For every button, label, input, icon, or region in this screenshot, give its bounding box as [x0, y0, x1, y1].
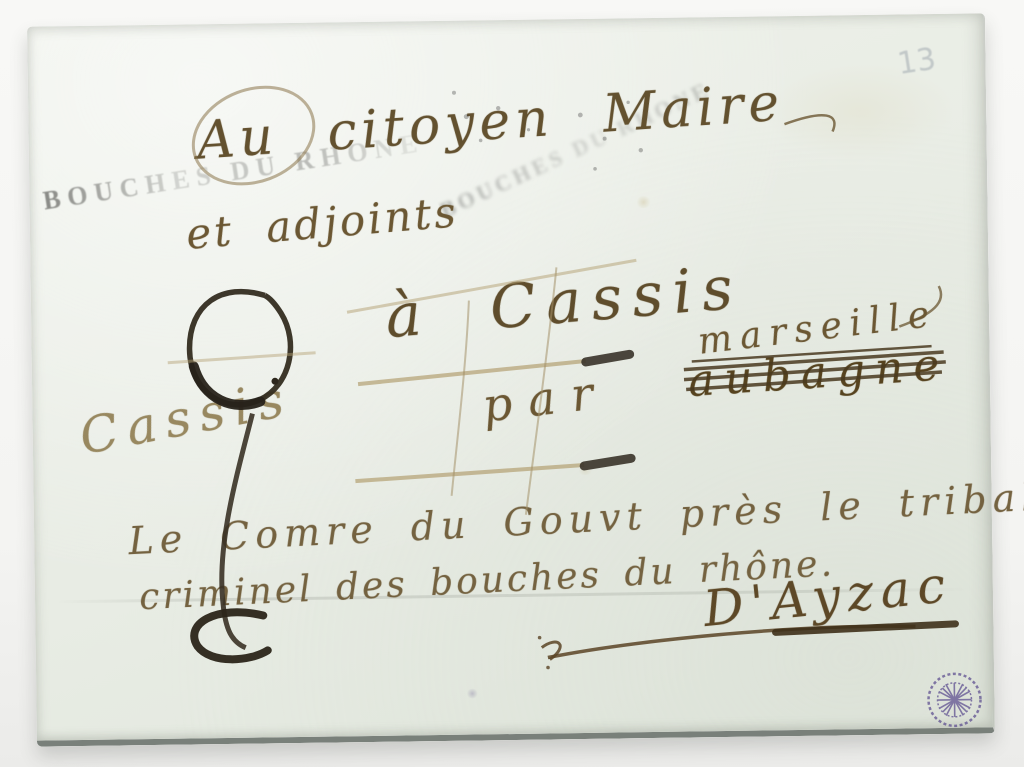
marseille-flourish	[899, 286, 942, 327]
ink-strokes-overlay	[27, 13, 993, 740]
check-stroke-lower	[355, 465, 584, 481]
ink-dot	[538, 636, 542, 640]
signature-underline-thick	[775, 624, 955, 633]
stamp-speckles	[452, 88, 643, 172]
diagonal-over-destination	[346, 260, 637, 312]
thin-diagonal-2	[522, 267, 559, 514]
check-stroke-lower-end	[584, 458, 631, 466]
check-stroke-upper	[358, 361, 586, 384]
rate-numeral-head-thick	[194, 366, 261, 406]
collector-wheel-mark	[928, 673, 981, 726]
maire-flourish	[784, 115, 834, 132]
capital-flourish-loop	[179, 71, 328, 201]
check-stroke-upper-end	[586, 354, 630, 362]
aubagne-strikethrough	[684, 346, 947, 390]
ink-dot	[546, 666, 550, 670]
thin-diagonal-1	[449, 301, 472, 496]
letter-paper: BOUCHES DU RHONE BOUCHES DU RHONE 13 Au …	[27, 13, 995, 746]
